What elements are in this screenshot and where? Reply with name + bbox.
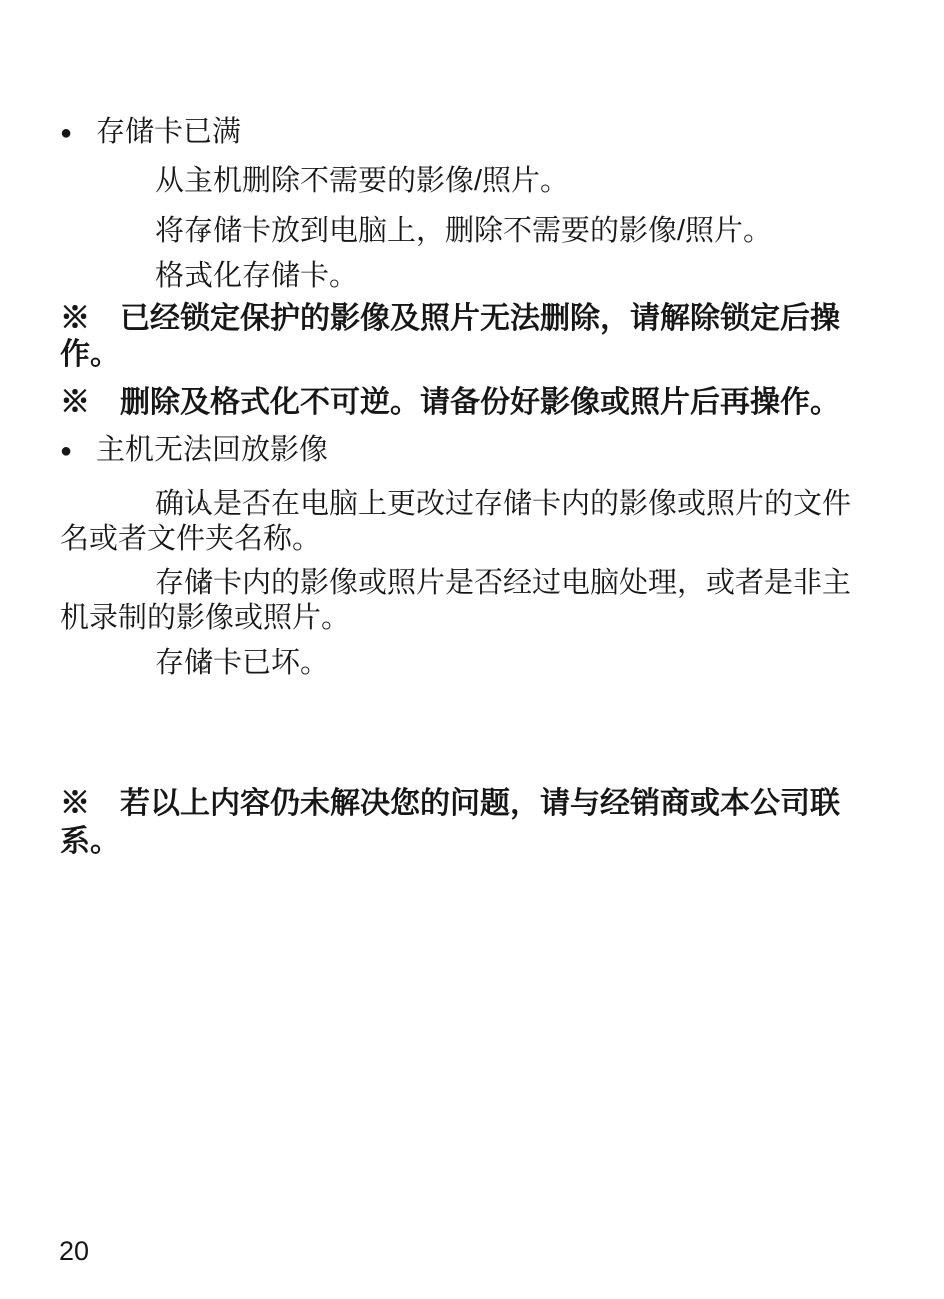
circle-bullet-icon: ○ bbox=[128, 567, 155, 601]
sub-item-text: 存储卡内的影像或照片是否经过电脑处理，或者是非主 机录制的影像或照片。 bbox=[60, 567, 851, 634]
note-locked-files: ※已经锁定保护的影像及照片无法删除，请解除锁定后操 作。 bbox=[60, 301, 910, 373]
bullet-icon: ● bbox=[60, 116, 96, 150]
note-text: 若以上内容仍未解决您的问题，请与经销商或本公司联 系。 bbox=[60, 787, 840, 858]
sub-item-check-renamed-files: ○确认是否在电脑上更改过存储卡内的影像或照片的文件 名或者文件夹名称。 bbox=[60, 487, 910, 556]
sub-item-text: 从主机删除不需要的影像/照片。 bbox=[155, 165, 569, 197]
sub-item-text: 格式化存储卡。 bbox=[155, 260, 358, 292]
reference-mark-icon: ※ bbox=[60, 301, 120, 337]
note-text: 已经锁定保护的影像及照片无法删除，请解除锁定后操 作。 bbox=[60, 302, 840, 371]
bullet-item-memory-card-full: ●存储卡已满 bbox=[60, 115, 910, 150]
sub-item-delete-via-computer: ○将存储卡放到电脑上，删除不需要的影像/照片。 bbox=[60, 214, 910, 249]
sub-item-text: 将存储卡放到电脑上，删除不需要的影像/照片。 bbox=[155, 215, 772, 247]
note-contact-dealer: ※若以上内容仍未解决您的问题，请与经销商或本公司联 系。 bbox=[60, 785, 910, 861]
page-number: 20 bbox=[59, 1236, 89, 1266]
circle-bullet-icon: ○ bbox=[128, 647, 155, 681]
sub-item-check-processed-files: ○存储卡内的影像或照片是否经过电脑处理，或者是非主 机录制的影像或照片。 bbox=[60, 566, 910, 635]
reference-mark-icon: ※ bbox=[60, 785, 120, 823]
circle-bullet-icon: ○ bbox=[128, 165, 155, 199]
circle-bullet-icon: ○ bbox=[128, 215, 155, 249]
sub-item-text: 确认是否在电脑上更改过存储卡内的影像或照片的文件 名或者文件夹名称。 bbox=[60, 488, 851, 555]
sub-item-card-damaged: ○存储卡已坏。 bbox=[60, 646, 910, 681]
manual-page: ●存储卡已满 ○从主机删除不需要的影像/照片。 ○将存储卡放到电脑上，删除不需要… bbox=[0, 0, 944, 1299]
note-text: 删除及格式化不可逆。请备份好影像或照片后再操作。 bbox=[120, 386, 840, 419]
circle-bullet-icon: ○ bbox=[128, 488, 155, 522]
note-irreversible: ※删除及格式化不可逆。请备份好影像或照片后再操作。 bbox=[60, 385, 910, 421]
bullet-item-playback-failure: ●主机无法回放影像 bbox=[60, 433, 910, 468]
sub-item-delete-from-device: ○从主机删除不需要的影像/照片。 bbox=[60, 164, 910, 199]
bullet-item-text: 主机无法回放影像 bbox=[96, 434, 328, 466]
reference-mark-icon: ※ bbox=[60, 385, 120, 421]
sub-item-text: 存储卡已坏。 bbox=[155, 647, 329, 679]
sub-item-format-card: ○格式化存储卡。 bbox=[60, 259, 910, 294]
circle-bullet-icon: ○ bbox=[128, 260, 155, 294]
bullet-icon: ● bbox=[60, 434, 96, 468]
bullet-item-text: 存储卡已满 bbox=[96, 116, 241, 148]
